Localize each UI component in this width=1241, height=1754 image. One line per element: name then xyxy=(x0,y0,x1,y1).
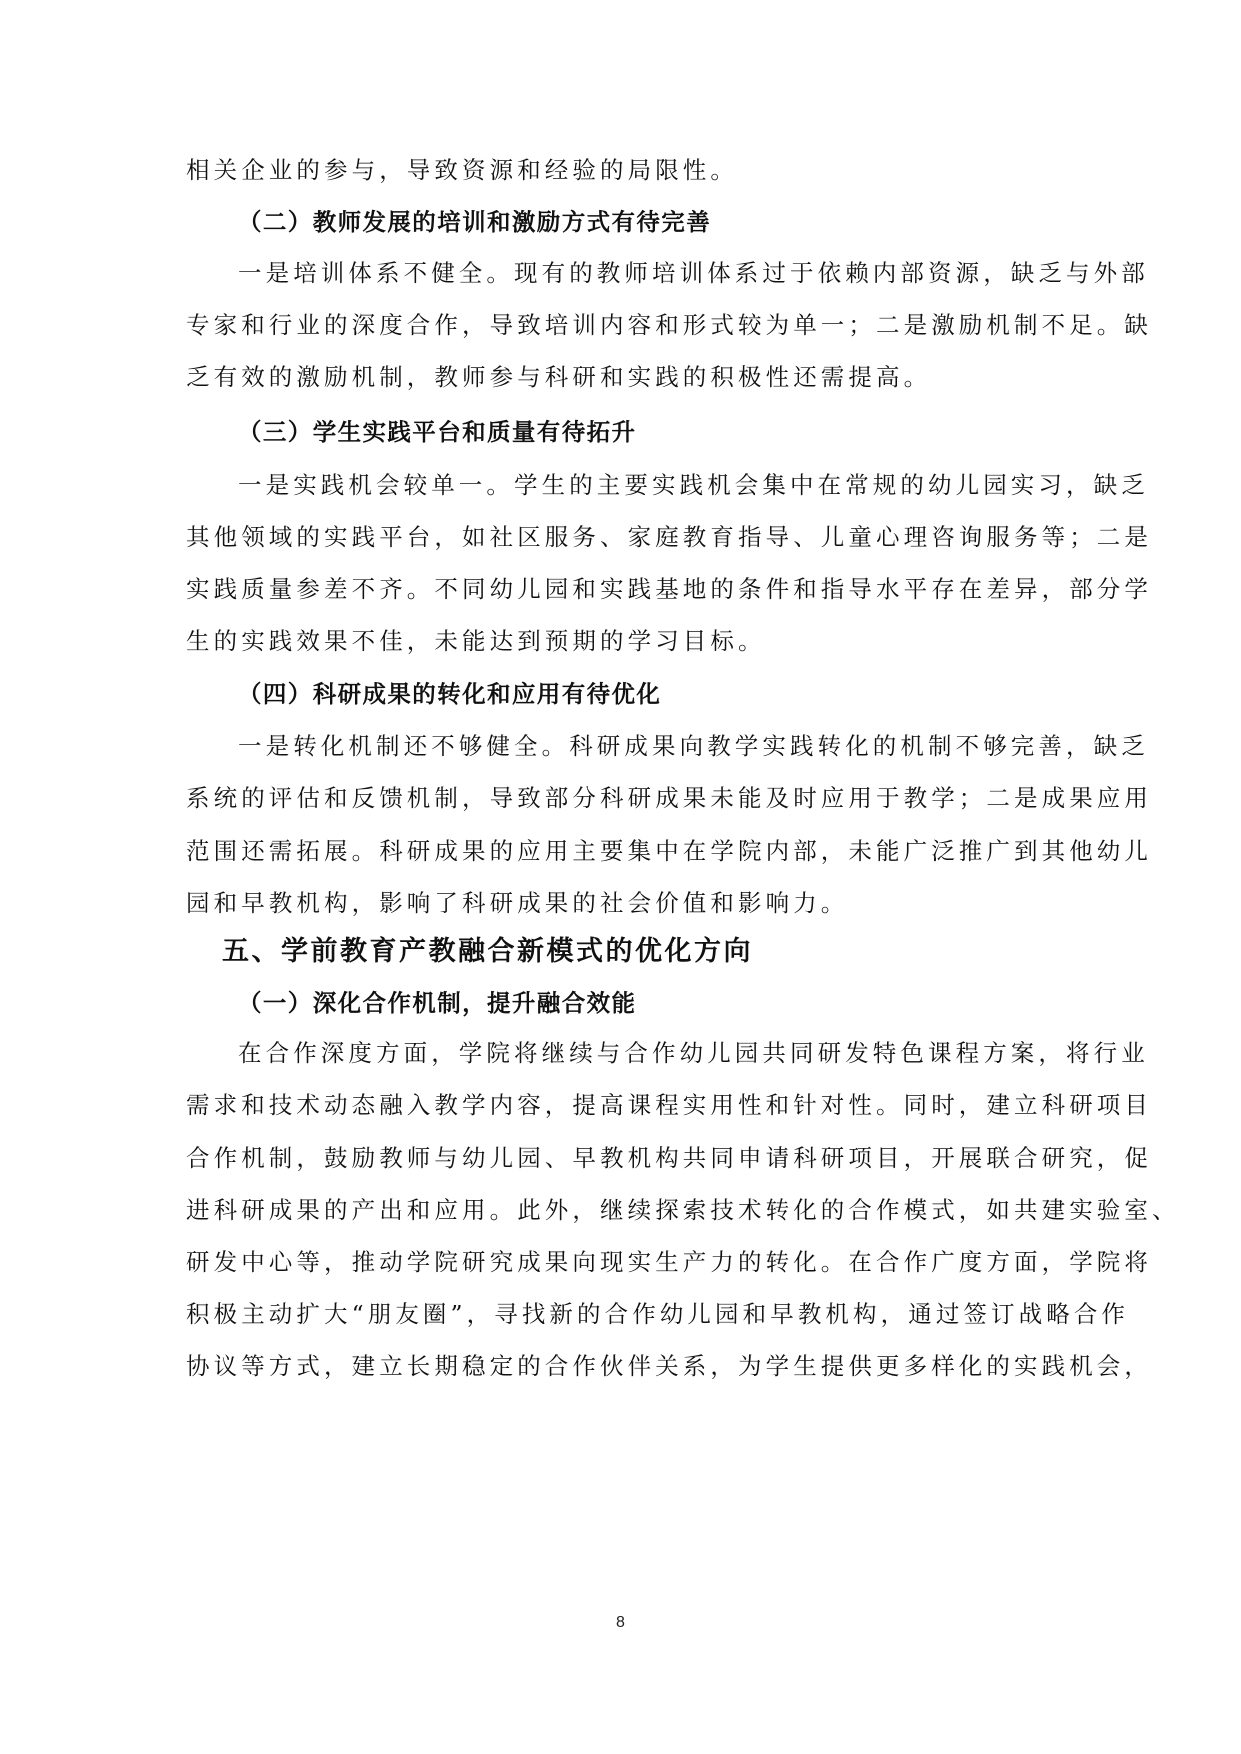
paragraph-line: 专家和行业的深度合作，导致培训内容和形式较为单一；二是激励机制不足。缺 xyxy=(186,310,1056,340)
paragraph-line: 在合作深度方面，学院将继续与合作幼儿园共同研发特色课程方案，将行业 xyxy=(238,1038,1056,1068)
paragraph-line: 一是培训体系不健全。现有的教师培训体系过于依赖内部资源，缺乏与外部 xyxy=(238,258,1056,288)
paragraph-line: 系统的评估和反馈机制，导致部分科研成果未能及时应用于教学；二是成果应用 xyxy=(186,783,1056,813)
section-heading-4: （四）科研成果的转化和应用有待优化 xyxy=(238,679,661,709)
paragraph-line: 园和早教机构，影响了科研成果的社会价值和影响力。 xyxy=(186,888,1056,918)
paragraph-line: 积极主动扩大“朋友圈”，寻找新的合作幼儿园和早教机构，通过签订战略合作 xyxy=(186,1299,1056,1329)
paragraph-line: 范围还需拓展。科研成果的应用主要集中在学院内部，未能广泛推广到其他幼儿 xyxy=(186,836,1056,866)
page-number: 8 xyxy=(0,1614,1241,1632)
paragraph-line: 需求和技术动态融入教学内容，提高课程实用性和针对性。同时，建立科研项目 xyxy=(186,1090,1056,1120)
chapter-heading-5: 五、学前教育产教融合新模式的优化方向 xyxy=(222,935,753,969)
section-heading-1: （一）深化合作机制，提升融合效能 xyxy=(238,988,636,1018)
paragraph-line: 研发中心等，推动学院研究成果向现实生产力的转化。在合作广度方面，学院将 xyxy=(186,1247,1056,1277)
paragraph-line: 乏有效的激励机制，教师参与科研和实践的积极性还需提高。 xyxy=(186,362,1056,392)
paragraph-line: 生的实践效果不佳，未能达到预期的学习目标。 xyxy=(186,626,1056,656)
paragraph-line: 实践质量参差不齐。不同幼儿园和实践基地的条件和指导水平存在差异，部分学 xyxy=(186,574,1056,604)
paragraph-line: 合作机制，鼓励教师与幼儿园、早教机构共同申请科研项目，开展联合研究，促 xyxy=(186,1143,1056,1173)
document-page: 相关企业的参与，导致资源和经验的局限性。 （二）教师发展的培训和激励方式有待完善… xyxy=(0,0,1241,1754)
section-heading-2: （二）教师发展的培训和激励方式有待完善 xyxy=(238,207,711,237)
paragraph-line: 相关企业的参与，导致资源和经验的局限性。 xyxy=(186,155,1056,185)
paragraph-line: 其他领域的实践平台，如社区服务、家庭教育指导、儿童心理咨询服务等；二是 xyxy=(186,522,1056,552)
paragraph-line: 协议等方式，建立长期稳定的合作伙伴关系，为学生提供更多样化的实践机会， xyxy=(186,1351,1056,1381)
paragraph-line: 一是实践机会较单一。学生的主要实践机会集中在常规的幼儿园实习，缺乏 xyxy=(238,470,1056,500)
paragraph-line: 进科研成果的产出和应用。此外，继续探索技术转化的合作模式，如共建实验室、 xyxy=(186,1195,1056,1225)
paragraph-line: 一是转化机制还不够健全。科研成果向教学实践转化的机制不够完善，缺乏 xyxy=(238,731,1056,761)
section-heading-3: （三）学生实践平台和质量有待拓升 xyxy=(238,417,636,447)
